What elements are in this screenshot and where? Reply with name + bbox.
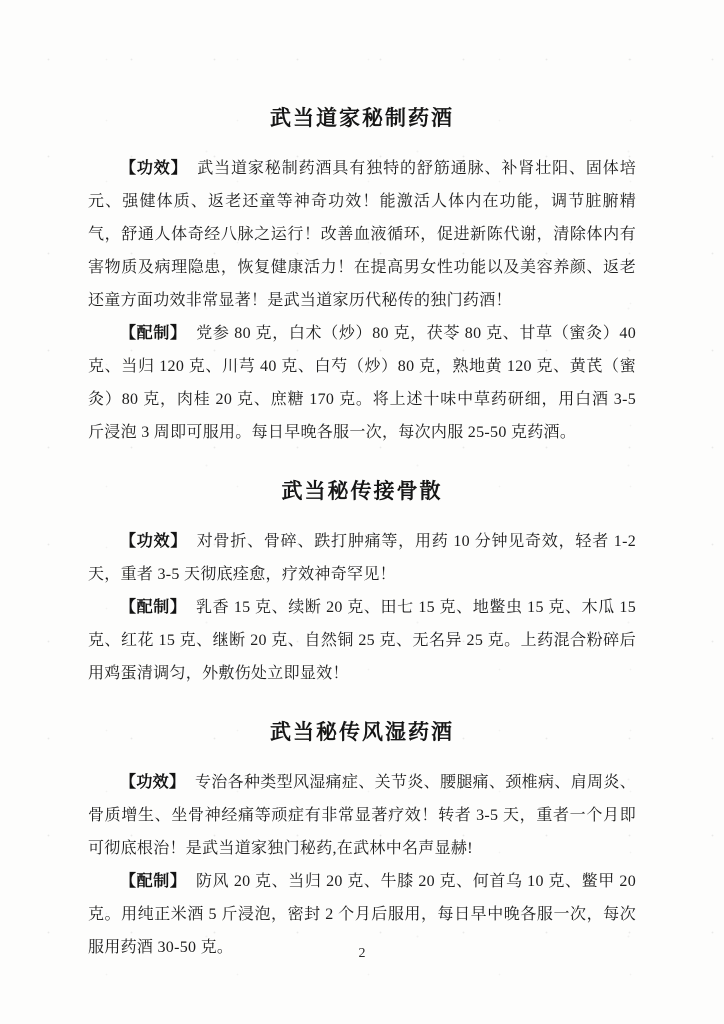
effect-label: 【功效】 bbox=[120, 160, 188, 177]
recipe-paragraph: 【配制】乳香 15 克、续断 20 克、田七 15 克、地鳖虫 15 克、木瓜 … bbox=[88, 591, 636, 690]
section-title: 武当秘传接骨散 bbox=[88, 477, 636, 505]
page-number: 2 bbox=[0, 946, 724, 962]
effect-label: 【功效】 bbox=[120, 774, 185, 791]
section-title: 武当道家秘制药酒 bbox=[88, 104, 636, 132]
scanned-document-page: 武当道家秘制药酒 【功效】武当道家秘制药酒具有独特的舒筋通脉、补肾壮阳、固体培元… bbox=[0, 0, 724, 1024]
section-wudang-daojia-yaojiu: 武当道家秘制药酒 【功效】武当道家秘制药酒具有独特的舒筋通脉、补肾壮阳、固体培元… bbox=[88, 104, 636, 449]
section-wudang-jiegusan: 武当秘传接骨散 【功效】对骨折、骨碎、跌打肿痛等，用药 10 分钟见奇效，轻者 … bbox=[88, 477, 636, 690]
recipe-label: 【配制】 bbox=[120, 873, 186, 890]
effect-paragraph: 【功效】对骨折、骨碎、跌打肿痛等，用药 10 分钟见奇效，轻者 1-2 天，重者… bbox=[88, 525, 636, 591]
recipe-label: 【配制】 bbox=[120, 325, 187, 342]
effect-label: 【功效】 bbox=[120, 533, 187, 550]
page-content: 武当道家秘制药酒 【功效】武当道家秘制药酒具有独特的舒筋通脉、补肾壮阳、固体培元… bbox=[0, 0, 724, 964]
effect-paragraph: 【功效】武当道家秘制药酒具有独特的舒筋通脉、补肾壮阳、固体培元、强健体质、返老还… bbox=[88, 152, 636, 317]
recipe-text: 党参 80 克，白术（炒）80 克，茯苓 80 克、甘草（蜜灸）40 克、当归 … bbox=[88, 325, 636, 441]
effect-paragraph: 【功效】专治各种类型风湿痛症、关节炎、腰腿痛、颈椎病、肩周炎、骨质增生、坐骨神经… bbox=[88, 766, 636, 865]
recipe-label: 【配制】 bbox=[120, 599, 186, 616]
section-title: 武当秘传风湿药酒 bbox=[88, 718, 636, 746]
recipe-paragraph: 【配制】党参 80 克，白术（炒）80 克，茯苓 80 克、甘草（蜜灸）40 克… bbox=[88, 317, 636, 449]
effect-text: 武当道家秘制药酒具有独特的舒筋通脉、补肾壮阳、固体培元、强健体质、返老还童等神奇… bbox=[88, 160, 636, 309]
section-wudang-fengshi-yaojiu: 武当秘传风湿药酒 【功效】专治各种类型风湿痛症、关节炎、腰腿痛、颈椎病、肩周炎、… bbox=[88, 718, 636, 964]
